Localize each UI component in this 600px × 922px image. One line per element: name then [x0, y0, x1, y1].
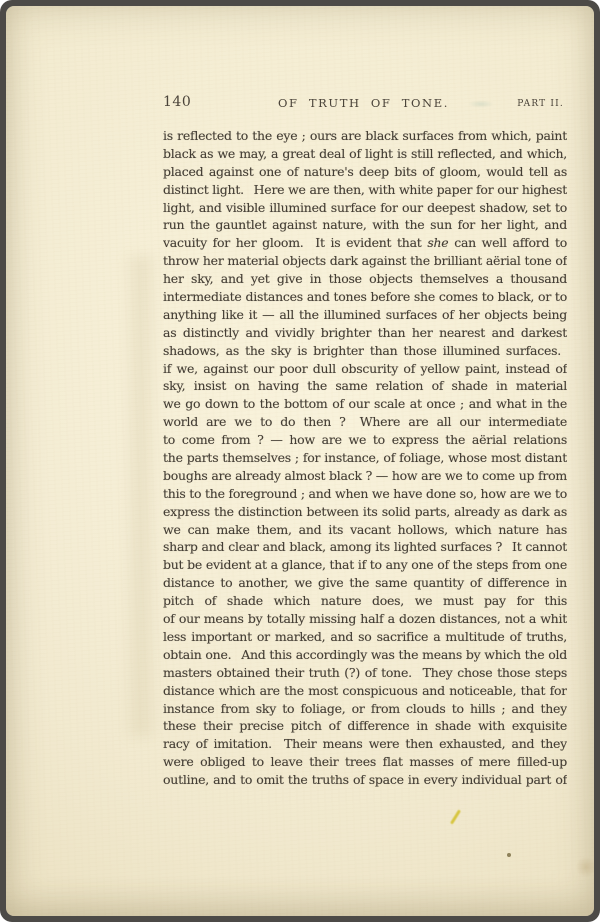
- part-label: PART II.: [517, 99, 564, 109]
- text-line: less important or marked, and so sacrifi…: [163, 628, 567, 646]
- text-line: masters obtained their truth (?) of tone…: [163, 664, 567, 682]
- dark-speck-stain: [507, 853, 511, 857]
- page-header: 140 OF TRUTH OF TONE. PART II.: [163, 94, 564, 114]
- text-line: racy of imitation. Their means were then…: [163, 735, 567, 753]
- running-title: OF TRUTH OF TONE.: [163, 96, 564, 110]
- text-line: distance to another, we give the same qu…: [163, 574, 567, 592]
- text-line: shadows, as the sky is brighter than tho…: [163, 342, 567, 360]
- text-line: but be evident at a glance, that if to a…: [163, 556, 567, 574]
- text-line: express the distinction between its soli…: [163, 503, 567, 521]
- text-line: obtain one. And this accordingly was the…: [163, 646, 567, 664]
- left-margin-show-through: [124, 256, 158, 736]
- text-line: her sky, and yet give in those objects t…: [163, 270, 567, 288]
- text-line: sharp and clear and black, among its lig…: [163, 538, 567, 556]
- text-line: sky, insist on having the same relation …: [163, 377, 567, 395]
- text-line: this to the foreground ; and when we hav…: [163, 485, 567, 503]
- text-line: boughs are already almost black ? — how …: [163, 467, 567, 485]
- text-line: distance which are the most conspicuous …: [163, 682, 567, 700]
- text-line: throw her material objects dark against …: [163, 252, 567, 270]
- text-line: pitch of shade which nature does, we mus…: [163, 592, 567, 610]
- text-line: to come from ? — how are we to express t…: [163, 431, 567, 449]
- yellow-pen-mark: [450, 809, 461, 824]
- text-line: if we, against our poor dull obscurity o…: [163, 360, 567, 378]
- text-line: these their precise pitch of difference …: [163, 717, 567, 735]
- brown-blotch-stain: [576, 856, 594, 878]
- text-line: placed against one of nature's deep bits…: [163, 163, 567, 181]
- text-line: were obliged to leave their trees flat m…: [163, 753, 567, 771]
- text-line: we go down to the bottom of our scale at…: [163, 395, 567, 413]
- text-line: vacuity for her gloom. It is evident tha…: [163, 234, 567, 252]
- text-line: of our means by totally missing half a d…: [163, 610, 567, 628]
- scan-background-frame: 140 OF TRUTH OF TONE. PART II. is reflec…: [0, 0, 600, 922]
- text-line: is reflected to the eye ; ours are black…: [163, 127, 567, 145]
- text-line: we can make them, and its vacant hollows…: [163, 521, 567, 539]
- text-line: run the gauntlet against nature, with th…: [163, 216, 567, 234]
- text-line: world are we to do then ? Where are all …: [163, 413, 567, 431]
- body-text: is reflected to the eye ; ours are black…: [163, 127, 567, 789]
- text-line: light, and visible illumined surface for…: [163, 199, 567, 217]
- text-line: black as we may, a great deal of light i…: [163, 145, 567, 163]
- text-line: outline, and to omit the truths of space…: [163, 771, 567, 789]
- book-page: 140 OF TRUTH OF TONE. PART II. is reflec…: [6, 6, 594, 916]
- text-line: distinct light. Here we are then, with w…: [163, 181, 567, 199]
- text-line: intermediate distances and tones before …: [163, 288, 567, 306]
- text-line: anything like it — all the illumined sur…: [163, 306, 567, 324]
- text-line: instance from sky to foliage, or from cl…: [163, 700, 567, 718]
- text-line: as distinctly and vividly brighter than …: [163, 324, 567, 342]
- text-line: the parts themselves ; for instance, of …: [163, 449, 567, 467]
